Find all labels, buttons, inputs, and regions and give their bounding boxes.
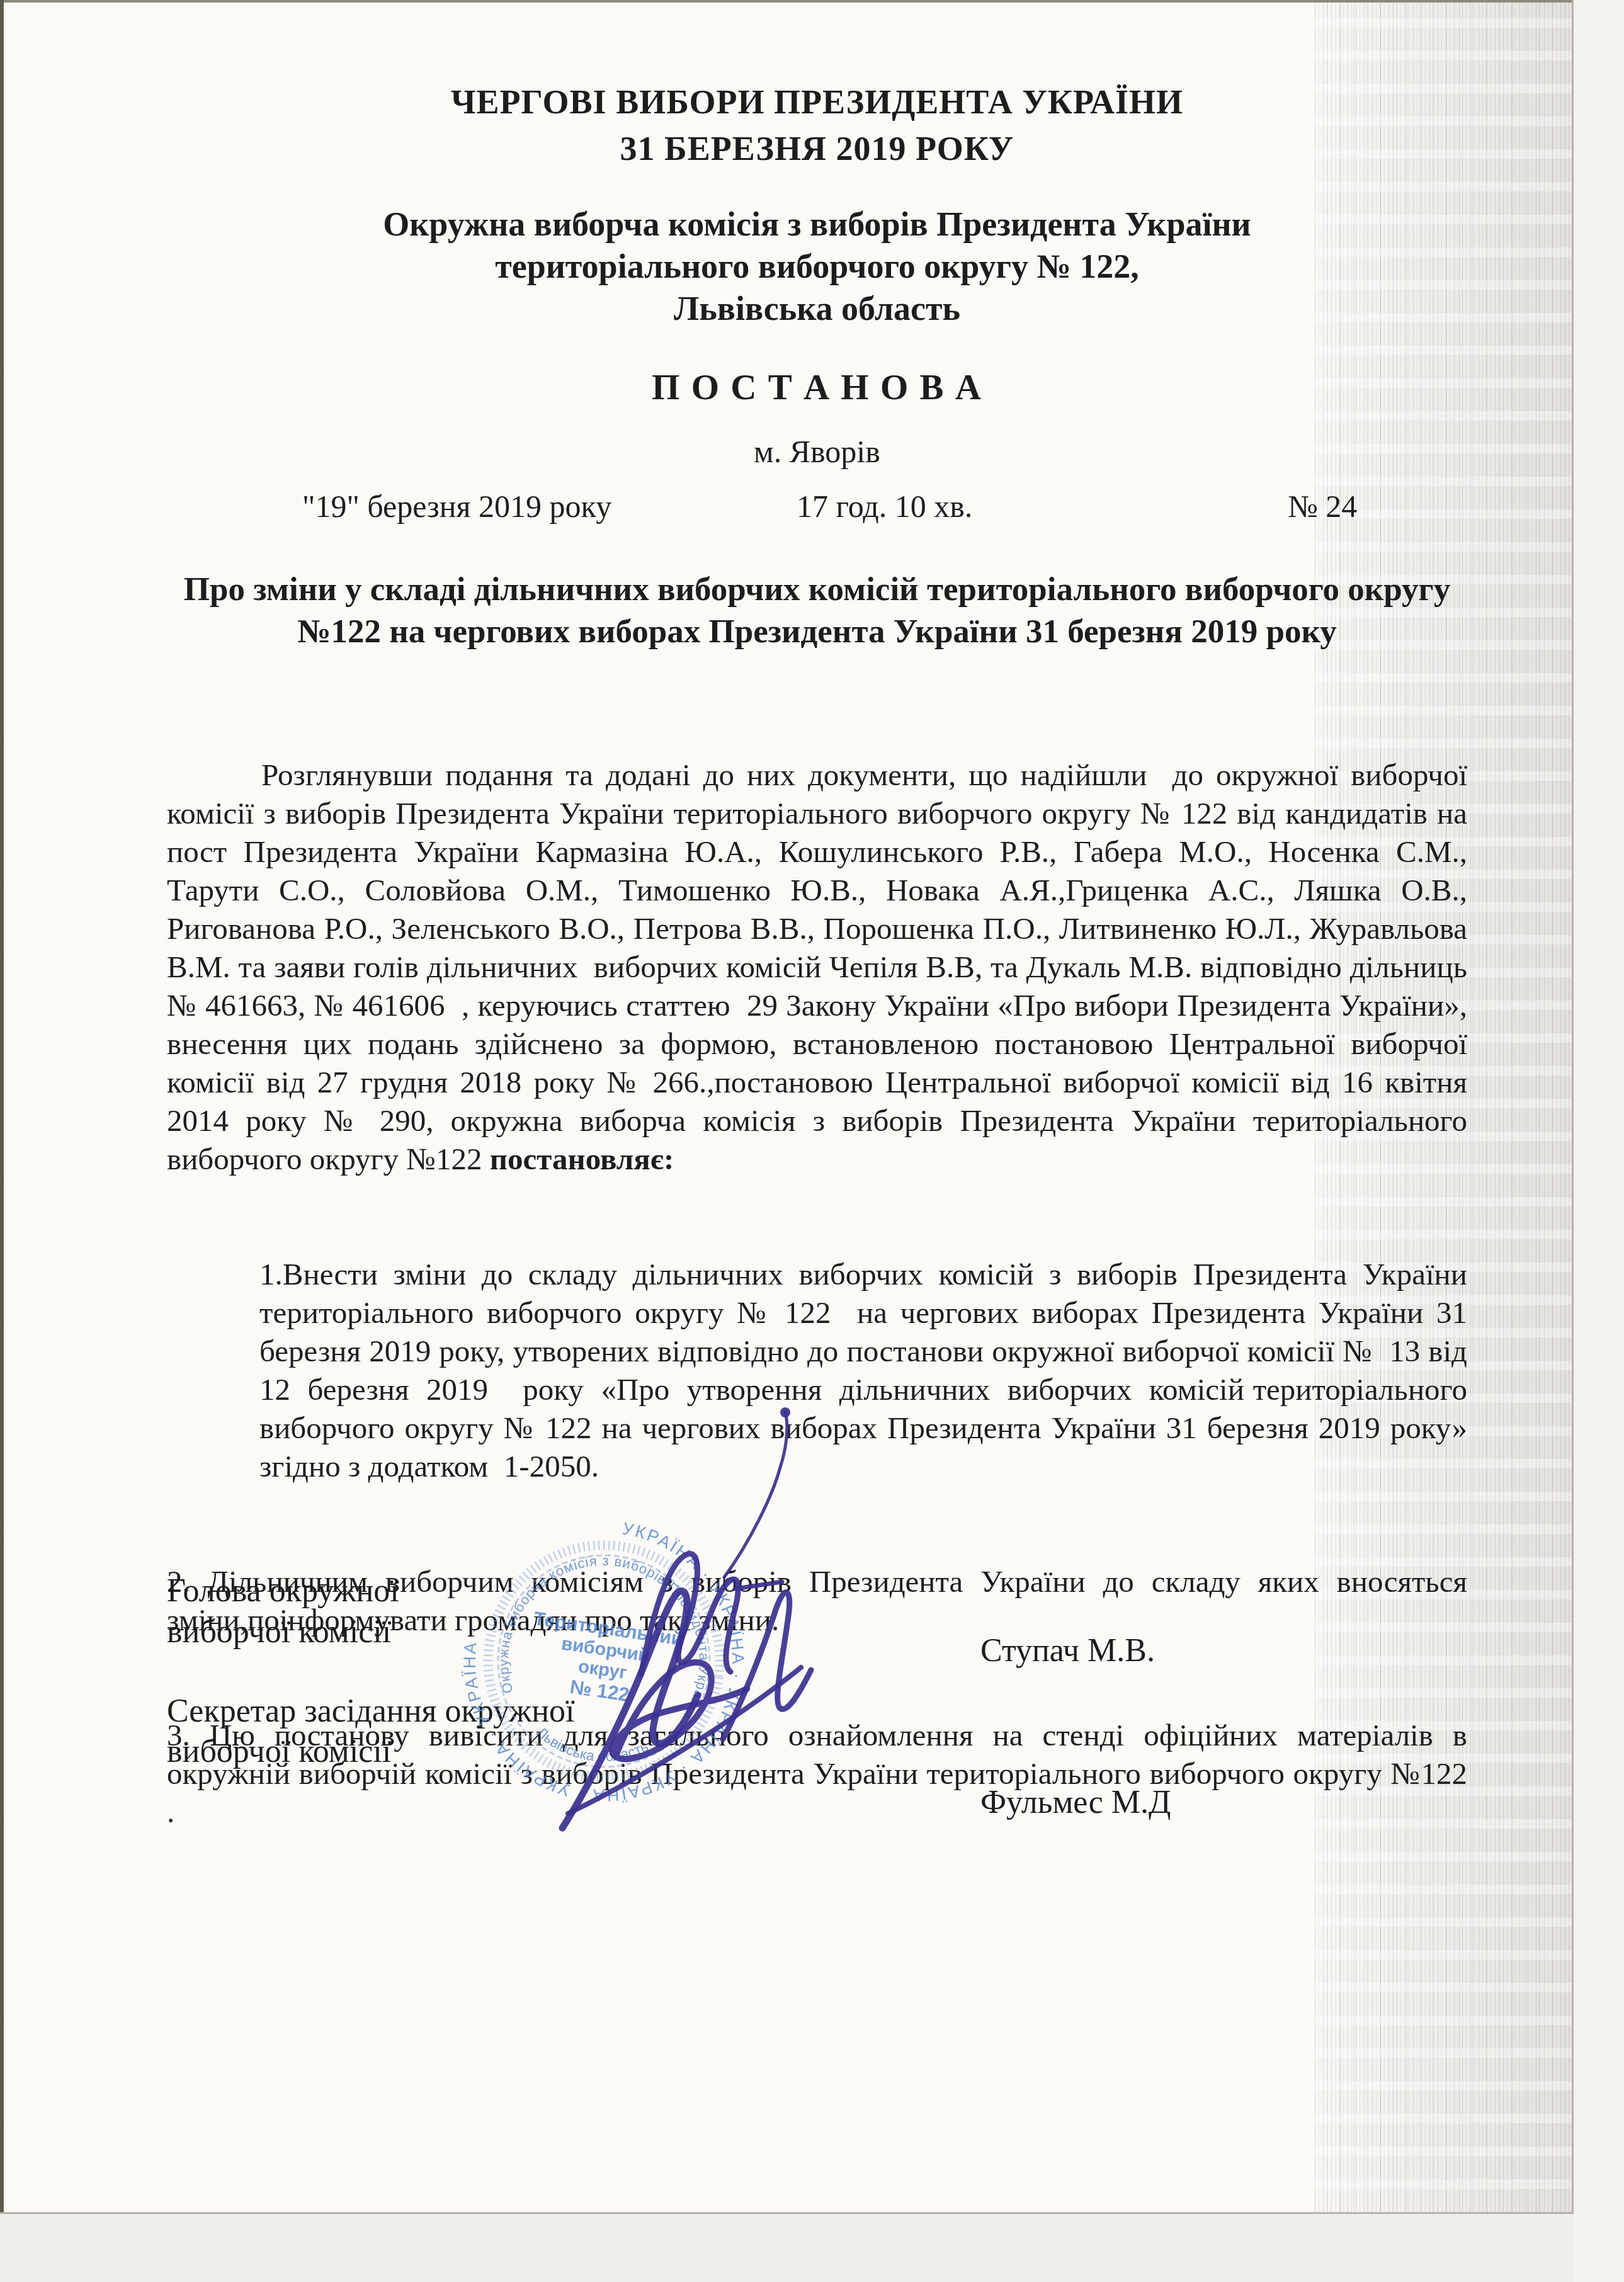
preamble-resolves-word: постановляє: (490, 1142, 674, 1176)
meta-row: "19" березня 2019 року 17 год. 10 хв. № … (167, 488, 1467, 526)
commission-name-line2: територіального виборчого округу № 122, (167, 246, 1467, 287)
document-type-title: П О С Т А Н О В А (167, 367, 1467, 408)
page-edge-left (0, 0, 4, 2214)
document-city: м. Яворів (167, 433, 1467, 470)
document-date: "19" березня 2019 року (302, 488, 611, 525)
head-role-line2: виборчої комісії (167, 1613, 391, 1650)
preamble-text: Розглянувши подання та додані до них док… (167, 758, 1475, 1176)
resolution-title-line1: Про зміни у складі дільничних виборчих к… (167, 569, 1467, 611)
page-edge-right (1572, 0, 1574, 2214)
scanned-document-page: ЧЕРГОВІ ВИБОРИ ПРЕЗИДЕНТА УКРАЇНИ 31 БЕР… (0, 0, 1624, 2282)
document-time: 17 год. 10 хв. (797, 488, 972, 525)
commission-region: Львівська область (167, 288, 1467, 329)
head-name: Ступач М.В. (980, 1632, 1155, 1669)
scanner-background-bottom (0, 2214, 1574, 2282)
scanner-background-right (1574, 0, 1624, 2282)
page-edge-top (0, 0, 1574, 3)
commission-round-stamp: УКРАЇНА · УКРАЇНА · УКРАЇНА · УКРАЇНА · … (455, 1510, 756, 1814)
commission-name-line1: Окружна виборча комісія з виборів Презид… (167, 203, 1467, 245)
secretary-role-line2: виборчої комісії (167, 1733, 391, 1770)
preamble-paragraph: Розглянувши подання та додані до них док… (167, 756, 1467, 1178)
page-edge-bottom (0, 2212, 1574, 2214)
resolution-item-1: 1.Внести зміни до складу дільничних вибо… (259, 1255, 1467, 1485)
head-role-line1: Голова окружної (167, 1572, 399, 1609)
document-number: № 24 (1288, 488, 1357, 525)
election-header-line1: ЧЕРГОВІ ВИБОРИ ПРЕЗИДЕНТА УКРАЇНИ (167, 79, 1467, 125)
resolution-title-line2: №122 на чергових виборах Президента Укра… (167, 611, 1467, 653)
election-header-line2: 31 БЕРЕЗНЯ 2019 РОКУ (167, 126, 1467, 171)
secretary-name: Фульмес М.Д (980, 1784, 1171, 1821)
